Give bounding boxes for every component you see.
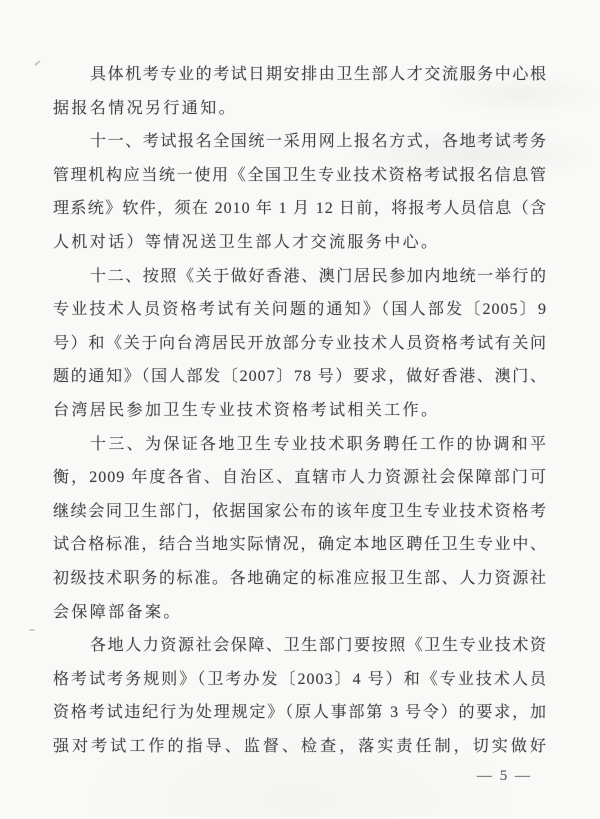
page-number: — 5 —: [477, 766, 532, 786]
scan-artifact-mark: [34, 60, 41, 66]
document-text-line: 强对考试工作的指导、监督、检查，落实责任制，切实做好: [53, 730, 547, 764]
document-text-line: 试合格标准，结合当地实际情况，确定本地区聘任卫生专业中、: [53, 528, 547, 562]
document-text-line: 题的通知》（国人部发〔2007〕78 号）要求，做好香港、澳门、: [53, 360, 547, 394]
document-text-line: 号）和《关于向台湾居民开放部分专业技术人员资格考试有关问: [53, 327, 547, 361]
document-text-line: 具体机考专业的考试日期安排由卫生部人才交流服务中心根: [53, 58, 547, 92]
document-text-line: 初级技术职务的标准。各地确定的标准应报卫生部、人力资源社: [53, 562, 547, 596]
document-text-line: 理系统》软件，须在 2010 年 1 月 12 日前，将报考人员信息（含: [53, 192, 547, 226]
document-text-body: 具体机考专业的考试日期安排由卫生部人才交流服务中心根据报名情况另行通知。十一、考…: [53, 58, 547, 763]
document-text-line: 专业技术人员资格考试有关问题的通知》（国人部发〔2005〕9: [53, 293, 547, 327]
scanned-document-page: 具体机考专业的考试日期安排由卫生部人才交流服务中心根据报名情况另行通知。十一、考…: [0, 0, 600, 819]
document-text-line: 十二、按照《关于做好香港、澳门居民参加内地统一举行的: [53, 260, 547, 294]
document-text-line: 会保障部备案。: [53, 596, 547, 630]
document-text-line: 各地人力资源社会保障、卫生部门要按照《卫生专业技术资: [53, 629, 547, 663]
document-text-line: 衡，2009 年度各省、自治区、直辖市人力资源社会保障部门可: [53, 461, 547, 495]
document-text-line: 据报名情况另行通知。: [53, 92, 547, 126]
document-text-line: 十一、考试报名全国统一采用网上报名方式，各地考试考务: [53, 125, 547, 159]
document-text-line: 资格考试违纪行为处理规定》（原人事部第 3 号令）的要求，加: [53, 696, 547, 730]
document-text-line: 格考试考务规则》（卫考办发〔2003〕4 号）和《专业技术人员: [53, 663, 547, 697]
document-text-line: 继续会同卫生部门，依据国家公布的该年度卫生专业技术资格考: [53, 495, 547, 529]
document-text-line: 台湾居民参加卫生专业技术资格考试相关工作。: [53, 394, 547, 428]
document-text-line: 管理机构应当统一使用《全国卫生专业技术资格考试报名信息管: [53, 159, 547, 193]
scan-artifact-mark: [29, 629, 35, 631]
document-text-line: 十三、为保证各地卫生专业技术职务聘任工作的协调和平: [53, 428, 547, 462]
document-text-line: 人机对话）等情况送卫生部人才交流服务中心。: [53, 226, 547, 260]
